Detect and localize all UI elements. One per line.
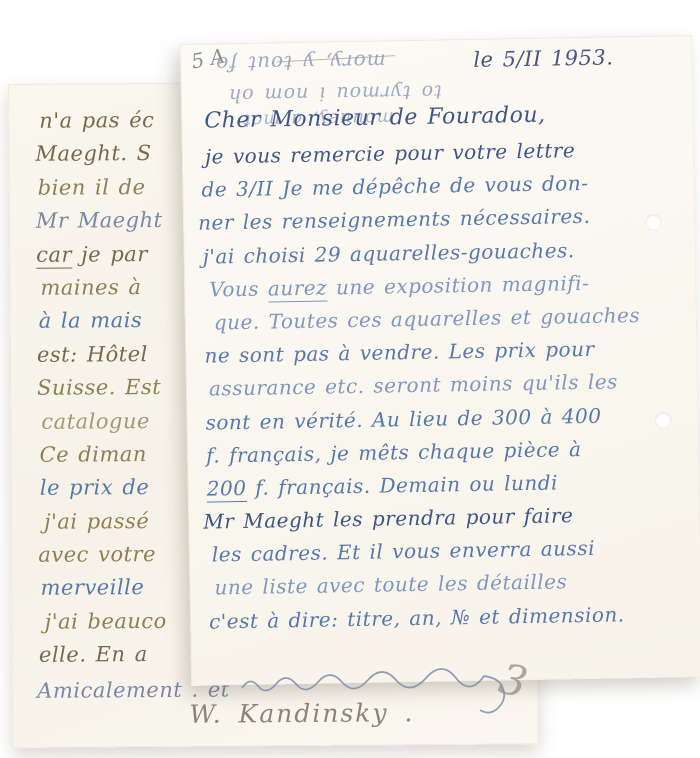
handwritten-line: maines à: [40, 271, 164, 305]
letter-page-1-sheet: 5 A mory, y tout fo le 5/II 1953. to tyr…: [180, 35, 700, 686]
date-line: le 5/II 1953.: [473, 45, 614, 71]
handwritten-line: n'a pas éc: [39, 104, 163, 138]
letter-photo: n'a pas écMaeght. Sbien il deMr Maeghtca…: [0, 0, 700, 758]
handwritten-line: le prix de: [40, 471, 166, 505]
punch-hole-bottom: [656, 412, 671, 427]
handwritten-line: catalogue: [41, 404, 165, 438]
page-2-text-column: n'a pas écMaeght. Sbien il deMr Maeghtca…: [35, 104, 167, 673]
handwritten-line: j'ai passé: [44, 505, 166, 539]
punch-hole-top: [646, 215, 661, 230]
handwritten-line: merveille: [40, 571, 166, 605]
handwritten-line: j'ai beauco: [45, 605, 167, 639]
inverted-scribble-1: mory, y tout fo: [215, 49, 386, 76]
handwritten-line: Ce diman: [39, 438, 165, 472]
handwritten-line: elle. En a: [39, 638, 167, 672]
page-1-text-column: je vous remercie pour votre lettrede 3/I…: [197, 133, 646, 638]
handwritten-line: Mr Maeght: [36, 204, 164, 238]
inverted-scribble-2: to tyrmou i nom oh: [228, 80, 442, 106]
handwritten-line: car je par: [36, 237, 164, 271]
handwritten-line: est: Hôtel: [37, 338, 165, 372]
handwritten-line: c'est à dire: titre, an, № et dimension.: [209, 598, 646, 639]
handwritten-line: avec votre: [38, 538, 166, 572]
handwritten-line: Maeght. S: [35, 137, 163, 171]
handwritten-line: bien il de: [38, 171, 164, 205]
handwritten-line: à la mais: [39, 304, 165, 338]
handwritten-line: Suisse. Est: [37, 371, 165, 405]
